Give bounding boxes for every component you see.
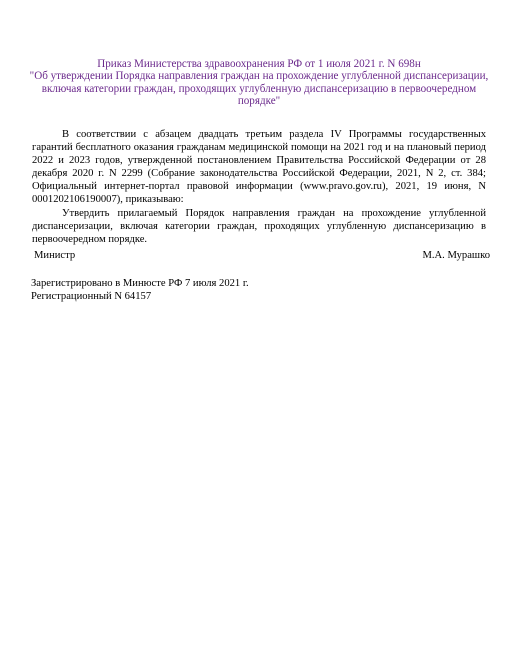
paragraph-order: Утвердить прилагаемый Порядок направлени… <box>32 207 486 246</box>
signatory-position: Министр <box>34 249 75 262</box>
document-body: В соответствии с абзацем двадцать третьи… <box>32 128 486 246</box>
paragraph-preamble: В соответствии с абзацем двадцать третьи… <box>32 128 486 207</box>
signatory-name: М.А. Мурашко <box>422 249 490 262</box>
document-page: Приказ Министерства здравоохранения РФ о… <box>0 0 518 672</box>
document-subtitle-line-1: "Об утверждении Порядка направления граж… <box>20 70 498 82</box>
signature-block: Министр М.А. Мурашко <box>34 249 490 262</box>
document-subtitle-line-3: порядке" <box>20 95 498 107</box>
registration-number: Регистрационный N 64157 <box>31 290 249 303</box>
document-title: Приказ Министерства здравоохранения РФ о… <box>20 58 498 70</box>
document-header: Приказ Министерства здравоохранения РФ о… <box>20 58 498 107</box>
document-subtitle-line-2: включая категории граждан, проходящих уг… <box>20 83 498 95</box>
registration-info: Зарегистрировано в Минюсте РФ 7 июля 202… <box>31 277 249 303</box>
registration-date: Зарегистрировано в Минюсте РФ 7 июля 202… <box>31 277 249 290</box>
